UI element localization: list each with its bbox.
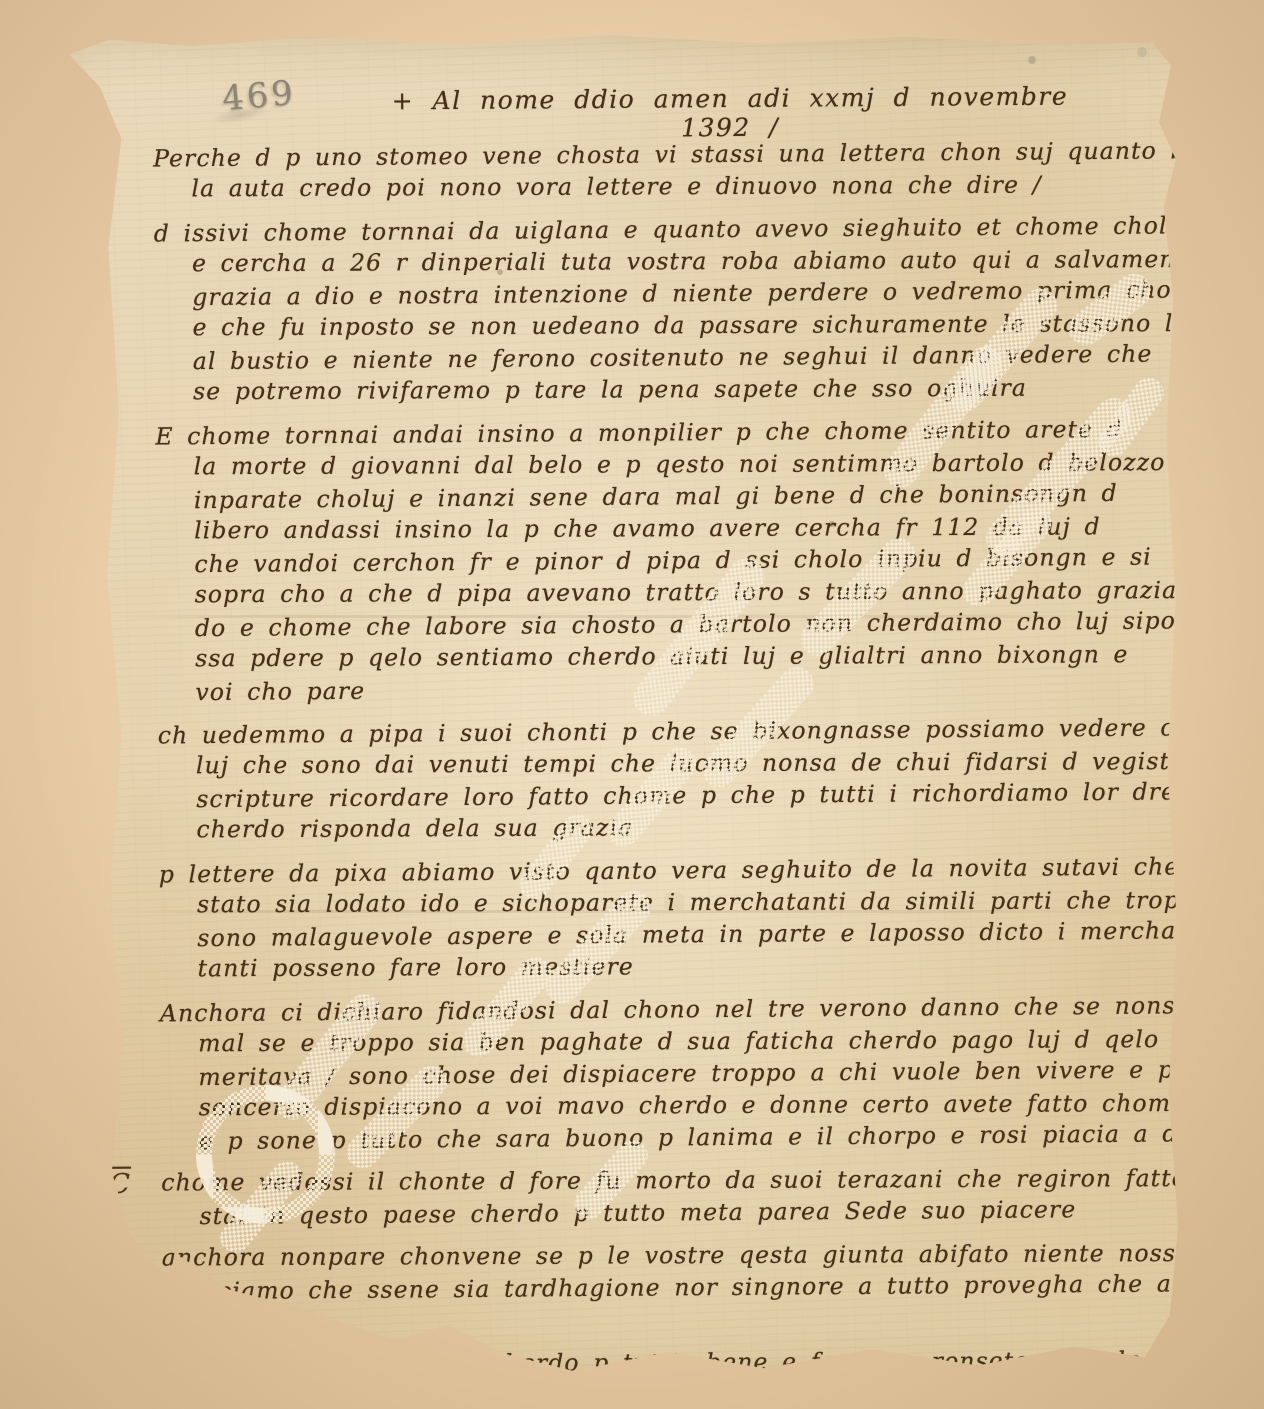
handwritten-line: e hola brigata d qua micherdo p tutti sb… bbox=[163, 1344, 1264, 1381]
handwritten-line: la morte d giovanni dal belo e p qesto n… bbox=[156, 446, 1264, 483]
paragraph: Anchora ci dichiaro fidandosi dal chono … bbox=[160, 989, 1264, 1158]
handwritten-line: anchora nonpare chonvene se p le vostre … bbox=[162, 1237, 1264, 1274]
paragraph: d issivi chome tornnai da uiglana e quan… bbox=[154, 209, 1264, 410]
paragraph: Perche d p uno stomeo vene chosta vi sta… bbox=[153, 134, 1264, 207]
paragraph: ch uedemmo a pipa i suoi chonti p che se… bbox=[158, 711, 1264, 848]
handwritten-line: luj che sono dai venuti tempi che luomo … bbox=[158, 745, 1264, 782]
handwritten-line: libero andassi insino la p che avamo ave… bbox=[156, 510, 1264, 547]
paragraph: p lettere da pixa abiamo visto qanto ver… bbox=[159, 850, 1264, 987]
paragraph: Cchome vedessi il chonte d fore fu morto… bbox=[161, 1160, 1264, 1233]
paragraph: E chome tornnai andai insino a monpilier… bbox=[155, 412, 1264, 709]
manuscript-sheet: 469 + Al nome ddio amen adi xxmj d novem… bbox=[50, 30, 1240, 1390]
handwritten-line: ssa pdere p qelo sentiamo cherdo aiuti l… bbox=[157, 638, 1264, 675]
handwritten-line: mal se e troppo sia ben paghate d sua fa… bbox=[160, 1023, 1264, 1060]
letter-body: Perche d p uno stomeo vene chosta vi sta… bbox=[153, 134, 1264, 1394]
stain-specks bbox=[50, 30, 54, 34]
paragraph: Ce hola brigata d qua micherdo p tutti s… bbox=[163, 1342, 1264, 1383]
handwritten-line: se potremo rivifaremo p tare la pena sap… bbox=[155, 371, 1264, 408]
paragraph-mark: C bbox=[111, 1351, 133, 1383]
handwritten-line: chome vedessi il chonte d fore fu morto … bbox=[161, 1162, 1264, 1199]
handwritten-line: tanti posseno fare loro mestiere bbox=[160, 948, 1264, 985]
handwritten-line: cherdo risponda dela sua grazia bbox=[158, 809, 1264, 846]
handwritten-line: la auta credo poi nono vora lettere e di… bbox=[153, 168, 1264, 205]
handwritten-line: e cercha a 26 r dinperiali tuta vostra r… bbox=[154, 243, 1264, 280]
paragraph-mark: C bbox=[109, 1169, 131, 1201]
handwritten-line: soncerto dispiacono a voi mavo cherdo e … bbox=[161, 1087, 1264, 1124]
handwritten-line: ster fa /. bbox=[162, 1301, 1264, 1338]
handwritten-line: e che fu inposto se non uedeano da passa… bbox=[154, 307, 1264, 344]
handwritten-line: stato sia lodato ido e sichoparete i mer… bbox=[159, 884, 1264, 921]
paragraph-mark: P bbox=[110, 1244, 130, 1276]
handwritten-line: sopra cho a che d pipa avevano tratto lo… bbox=[157, 574, 1264, 611]
paragraph: Panchora nonpare chonvene se p le vostre… bbox=[162, 1235, 1264, 1340]
